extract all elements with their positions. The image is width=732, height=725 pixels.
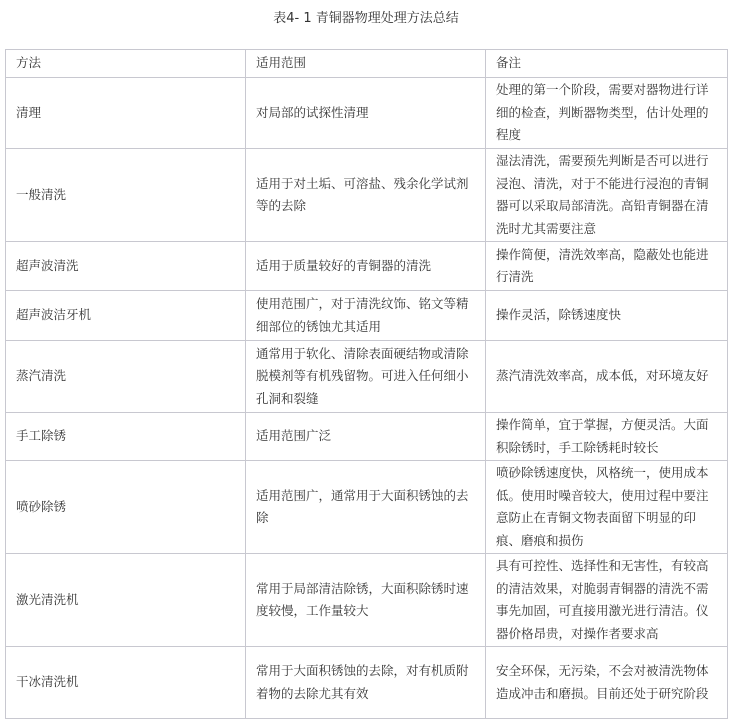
table-row: 超声波清洗 适用于质量较好的青铜器的清洗 操作简便，清洗效率高，隐蔽处也能进行清…: [6, 242, 728, 291]
header-notes: 备注: [486, 50, 728, 78]
table-caption: 表4- 1 青铜器物理处理方法总结: [0, 7, 732, 26]
scope-cell: 适用范围广，通常用于大面积锈蚀的去除: [246, 461, 486, 554]
table-row: 喷砂除锈 适用范围广，通常用于大面积锈蚀的去除 喷砂除锈速度快，风格统一，使用成…: [6, 461, 728, 554]
table-row: 激光清洗机 常用于局部清洁除锈，大面积除锈时速度较慢，工作量较大 具有可控性、选…: [6, 554, 728, 647]
scope-cell: 对局部的试探性清理: [246, 78, 486, 149]
table-row: 干冰清洗机 常用于大面积锈蚀的去除，对有机质附着物的去除尤其有效 安全环保，无污…: [6, 647, 728, 719]
table-row: 清理 对局部的试探性清理 处理的第一个阶段，需要对器物进行详细的检查，判断器物类…: [6, 78, 728, 149]
scope-cell: 通常用于软化、清除表面硬结物或清除脱模剂等有机残留物。可进入任何细小孔洞和裂缝: [246, 341, 486, 413]
method-cell: 干冰清洗机: [6, 647, 246, 719]
header-scope: 适用范围: [246, 50, 486, 78]
notes-cell: 具有可控性、选择性和无害性，有较高的清洁效果，对脆弱青铜器的清洗不需事先加固，可…: [486, 554, 728, 647]
table-row: 蒸汽清洗 通常用于软化、清除表面硬结物或清除脱模剂等有机残留物。可进入任何细小孔…: [6, 341, 728, 413]
method-cell: 超声波洁牙机: [6, 291, 246, 341]
method-cell: 手工除锈: [6, 413, 246, 461]
method-cell: 超声波清洗: [6, 242, 246, 291]
methods-table: 方法 适用范围 备注 清理 对局部的试探性清理 处理的第一个阶段，需要对器物进行…: [5, 49, 728, 719]
notes-cell: 处理的第一个阶段，需要对器物进行详细的检查，判断器物类型，估计处理的程度: [486, 78, 728, 149]
scope-cell: 适用范围广泛: [246, 413, 486, 461]
header-method: 方法: [6, 50, 246, 78]
scope-cell: 适用于对土垢、可溶盐、残余化学试剂等的去除: [246, 149, 486, 242]
table-row: 手工除锈 适用范围广泛 操作简单，宜于掌握，方便灵活。大面积除锈时，手工除锈耗时…: [6, 413, 728, 461]
notes-cell: 操作简单，宜于掌握，方便灵活。大面积除锈时，手工除锈耗时较长: [486, 413, 728, 461]
method-cell: 清理: [6, 78, 246, 149]
notes-cell: 操作简便，清洗效率高，隐蔽处也能进行清洗: [486, 242, 728, 291]
table-row: 超声波洁牙机 使用范围广，对于清洗纹饰、铭文等精细部位的锈蚀尤其适用 操作灵活，…: [6, 291, 728, 341]
notes-cell: 湿法清洗，需要预先判断是否可以进行浸泡、清洗，对于不能进行浸泡的青铜器可以采取局…: [486, 149, 728, 242]
notes-cell: 安全环保，无污染，不会对被清洗物体造成冲击和磨损。目前还处于研究阶段: [486, 647, 728, 719]
notes-cell: 蒸汽清洗效率高，成本低，对环境友好: [486, 341, 728, 413]
notes-cell: 喷砂除锈速度快，风格统一，使用成本低。使用时噪音较大，使用过程中要注意防止在青铜…: [486, 461, 728, 554]
scope-cell: 常用于大面积锈蚀的去除，对有机质附着物的去除尤其有效: [246, 647, 486, 719]
method-cell: 蒸汽清洗: [6, 341, 246, 413]
table-header-row: 方法 适用范围 备注: [6, 50, 728, 78]
method-cell: 激光清洗机: [6, 554, 246, 647]
scope-cell: 使用范围广，对于清洗纹饰、铭文等精细部位的锈蚀尤其适用: [246, 291, 486, 341]
scope-cell: 适用于质量较好的青铜器的清洗: [246, 242, 486, 291]
table-row: 一般清洗 适用于对土垢、可溶盐、残余化学试剂等的去除 湿法清洗，需要预先判断是否…: [6, 149, 728, 242]
method-cell: 一般清洗: [6, 149, 246, 242]
scope-cell: 常用于局部清洁除锈，大面积除锈时速度较慢，工作量较大: [246, 554, 486, 647]
notes-cell: 操作灵活，除锈速度快: [486, 291, 728, 341]
method-cell: 喷砂除锈: [6, 461, 246, 554]
